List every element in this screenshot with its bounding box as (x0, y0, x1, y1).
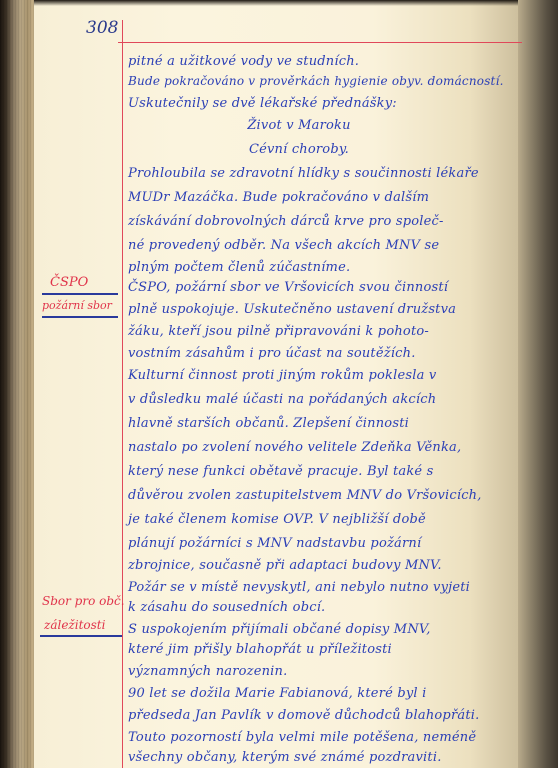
margin-note-cspo: ČSPO (50, 275, 88, 290)
text-line: Bude pokračováno v prověrkách hygienie o… (128, 74, 504, 88)
text-line: ČSPO, požární sbor ve Vršovicích svou či… (128, 280, 448, 295)
lecture-title: Cévní choroby. (0, 142, 558, 157)
text-line: v důsledku malé účasti na pořádaných akc… (128, 392, 436, 407)
text-line: důvěrou zvolen zastupitelstvem MNV do Vr… (128, 488, 482, 503)
text-line: MUDr Mazáčka. Bude pokračováno v dalším (128, 190, 429, 205)
text-line: předseda Jan Pavlík v domově důchodců bl… (128, 708, 479, 723)
margin-note-affairs: záležitosti (44, 618, 105, 632)
page-number: 308 (86, 18, 118, 38)
text-line: nastalo po zvolení nového velitele Zdeňk… (128, 440, 461, 455)
text-line: žáku, kteří jsou pilně připravováni k po… (128, 324, 429, 339)
page-stack-texture (0, 0, 34, 768)
text-line: Uskutečnily se dvě lékařské přednášky: (128, 96, 397, 111)
text-line: plným počtem členů zúčastníme. (128, 260, 350, 275)
margin-note-civic-board: Sbor pro obč. (42, 594, 125, 608)
text-line: né provedený odběr. Na všech akcích MNV … (128, 238, 439, 253)
text-line: zbrojnice, současně při adaptaci budovy … (128, 558, 442, 573)
margin-note-underline (42, 293, 118, 295)
text-line: hlavně starších občanů. Zlepšení činnost… (128, 416, 409, 431)
text-line: Touto pozorností byla velmi mile potěšen… (128, 730, 476, 745)
text-line: S uspokojením přijímali občané dopisy MN… (128, 622, 431, 637)
margin-note-underline (40, 635, 122, 637)
text-line: všechny občany, kterým své známé pozdrav… (128, 750, 442, 765)
text-line: 90 let se dožila Marie Fabianová, které … (128, 686, 426, 701)
header-rule (118, 42, 522, 43)
text-line: které jim přišly blahopřát u příležitost… (128, 642, 392, 657)
margin-note-underline (42, 316, 118, 318)
text-line: pitné a užitkové vody ve studních. (128, 54, 359, 69)
text-line: významných narozenin. (128, 664, 287, 679)
page-top-shadow (34, 0, 558, 6)
text-line: Požár se v místě nevyskytl, ani nebylo n… (128, 580, 470, 595)
lecture-title: Život v Maroku (0, 118, 558, 133)
text-line: je také členem komise OVP. V nejbližší d… (128, 512, 426, 527)
book-gutter (518, 0, 558, 768)
text-line: získávání dobrovolných dárců krve pro sp… (128, 214, 444, 229)
text-line: Kulturní činnost proti jiným rokům pokle… (128, 368, 436, 383)
text-line: plně uspokojuje. Uskutečněno ustavení dr… (128, 302, 456, 317)
text-line: vostním zásahům i pro účast na soutěžích… (128, 346, 416, 361)
text-line: který nese funkci obětavě pracuje. Byl t… (128, 464, 434, 479)
text-line: k zásahu do sousedních obcí. (128, 600, 325, 615)
text-line: Prohloubila se zdravotní hlídky s součin… (128, 166, 479, 181)
text-line: plánují požárníci s MNV nadstavbu požárn… (128, 536, 421, 551)
margin-note-fire-brigade: požární sbor (42, 299, 112, 312)
